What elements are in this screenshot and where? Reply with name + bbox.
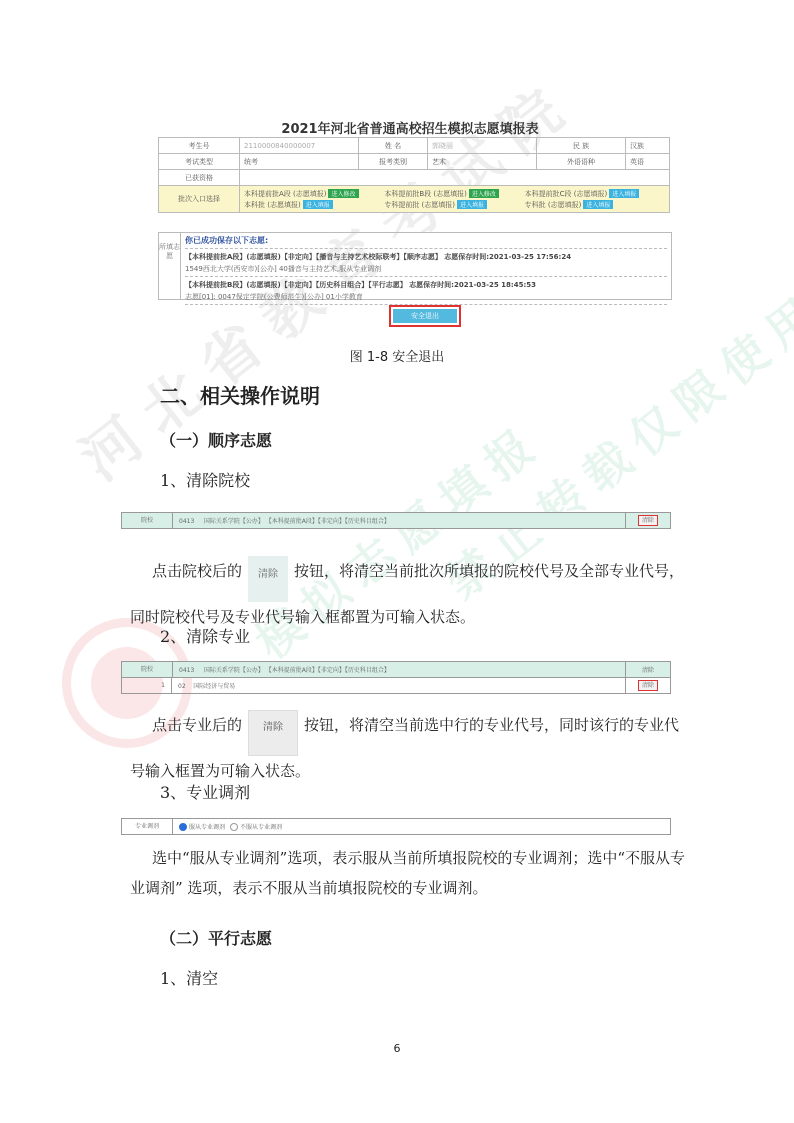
qualification-label: 已获资格 bbox=[159, 170, 240, 186]
clear-school-button[interactable]: 清除 bbox=[638, 515, 658, 526]
ethnicity-label: 民 族 bbox=[537, 138, 626, 154]
saved-entry-title: 【本科提前批A段】(志愿填报)【非定向】【播音与主持艺术校际联考】【顺序志愿】 … bbox=[185, 252, 667, 262]
name-value: 郭晓丽 bbox=[428, 138, 537, 154]
batch-grid: 本科提前批A段 (志愿填报)进入修改 本科提前批B段 (志愿填报)进入修改 本科… bbox=[244, 189, 665, 210]
item-heading: 2、清除专业 bbox=[160, 624, 250, 647]
candidate-no-value: 2110000840000007 bbox=[240, 138, 359, 154]
batch-item: 专科批 (志愿填报)进入填报 bbox=[525, 200, 665, 210]
language-label: 外语语种 bbox=[537, 154, 626, 170]
saved-entry-title: 【本科提前批B段】(志愿填报)【非定向】【历史科目组合】【平行志愿】 志愿保存时… bbox=[185, 280, 667, 290]
major-code-input[interactable]: 02 bbox=[178, 683, 186, 690]
batch-item: 专科提前批 (志愿填报)进入填报 bbox=[384, 200, 524, 210]
qualification-value bbox=[240, 170, 670, 186]
category-label: 报考类别 bbox=[359, 154, 428, 170]
clear-button-image: 清除 bbox=[248, 710, 298, 756]
paragraph: 点击院校后的清除按钮，将清空当前批次所填报的院校代号及全部专业代号，同时院校代号… bbox=[130, 556, 690, 632]
clear-school-table: 院校 0413 国际关系学院【公办】 【本科提前批A段】【非定向】【历史科目组合… bbox=[121, 512, 671, 529]
subsection-title: （二）平行志愿 bbox=[160, 926, 272, 949]
enter-fill-button[interactable]: 进入填报 bbox=[583, 200, 613, 209]
info-table: 考生号 2110000840000007 姓 名 郭晓丽 民 族 汉族 考试类型… bbox=[158, 137, 670, 213]
saved-side-label: 所填志愿 bbox=[159, 233, 181, 299]
accept-adjustment-radio[interactable] bbox=[179, 823, 187, 831]
clear-button-image: 清除 bbox=[248, 556, 288, 602]
reject-adjustment-radio[interactable] bbox=[230, 823, 238, 831]
batch-label: 批次入口选择 bbox=[159, 186, 240, 213]
saved-choices-panel: 所填志愿 你已成功保存以下志愿: 【本科提前批A段】(志愿填报)【非定向】【播音… bbox=[158, 232, 672, 300]
paragraph: 选中“服从专业调剂”选项，表示服从当前所填报院校的专业调剂；选中“不服从专业调剂… bbox=[130, 843, 690, 903]
enter-fill-button[interactable]: 进入填报 bbox=[457, 200, 487, 209]
form-title: 2021年河北省普通高校招生模拟志愿填报表 bbox=[150, 118, 670, 137]
batch-item: 本科提前批A段 (志愿填报)进入修改 bbox=[244, 189, 384, 199]
enter-modify-button[interactable]: 进入修改 bbox=[328, 189, 358, 198]
safe-exit-button[interactable]: 安全退出 bbox=[389, 305, 461, 327]
saved-entry-detail: 志愿[01]: 0047保定学院(公费师范生)[公办] 01小学教育 bbox=[185, 290, 667, 305]
language-value: 英语 bbox=[626, 154, 670, 170]
name-label: 姓 名 bbox=[359, 138, 428, 154]
exam-type-value: 统考 bbox=[240, 154, 359, 170]
watermark-text: 模拟志愿填报 bbox=[240, 406, 555, 672]
exam-type-label: 考试类型 bbox=[159, 154, 240, 170]
section-title: 二、相关操作说明 bbox=[160, 380, 320, 409]
ethnicity-value: 汉族 bbox=[626, 138, 670, 154]
enter-fill-button[interactable]: 进入填报 bbox=[303, 200, 333, 209]
figure-caption: 图 1-8 安全退出 bbox=[0, 346, 794, 365]
page-number: 6 bbox=[0, 1042, 794, 1055]
batch-item: 本科提前批C段 (志愿填报)进入填报 bbox=[525, 189, 665, 199]
adjustment-table: 专业调剂 服从专业调剂 不服从专业调剂 bbox=[121, 818, 671, 835]
batch-item: 本科提前批B段 (志愿填报)进入修改 bbox=[384, 189, 524, 199]
enter-fill-button[interactable]: 进入填报 bbox=[609, 189, 639, 198]
category-value: 艺术 bbox=[428, 154, 537, 170]
clear-major-button[interactable]: 清除 bbox=[638, 680, 658, 691]
saved-entry-detail: 1549西北大学(西安市)[公办] 40播音与主持艺术,服从专业调剂 bbox=[185, 262, 667, 277]
subsection-title: （一）顺序志愿 bbox=[160, 428, 272, 451]
saved-header: 你已成功保存以下志愿: bbox=[185, 235, 667, 249]
clear-major-table: 院校 0413 国际关系学院【公办】 【本科提前批A段】【非定向】【历史科目组合… bbox=[121, 661, 671, 694]
candidate-no-label: 考生号 bbox=[159, 138, 240, 154]
enter-modify-button[interactable]: 进入修改 bbox=[469, 189, 499, 198]
item-heading: 1、清空 bbox=[160, 966, 218, 989]
batch-item: 本科批 (志愿填报)进入填报 bbox=[244, 200, 384, 210]
paragraph: 点击专业后的清除按钮，将清空当前选中行的专业代号，同时该行的专业代号输入框置为可… bbox=[130, 710, 690, 786]
item-heading: 1、清除院校 bbox=[160, 468, 250, 491]
item-heading: 3、专业调剂 bbox=[160, 780, 250, 803]
